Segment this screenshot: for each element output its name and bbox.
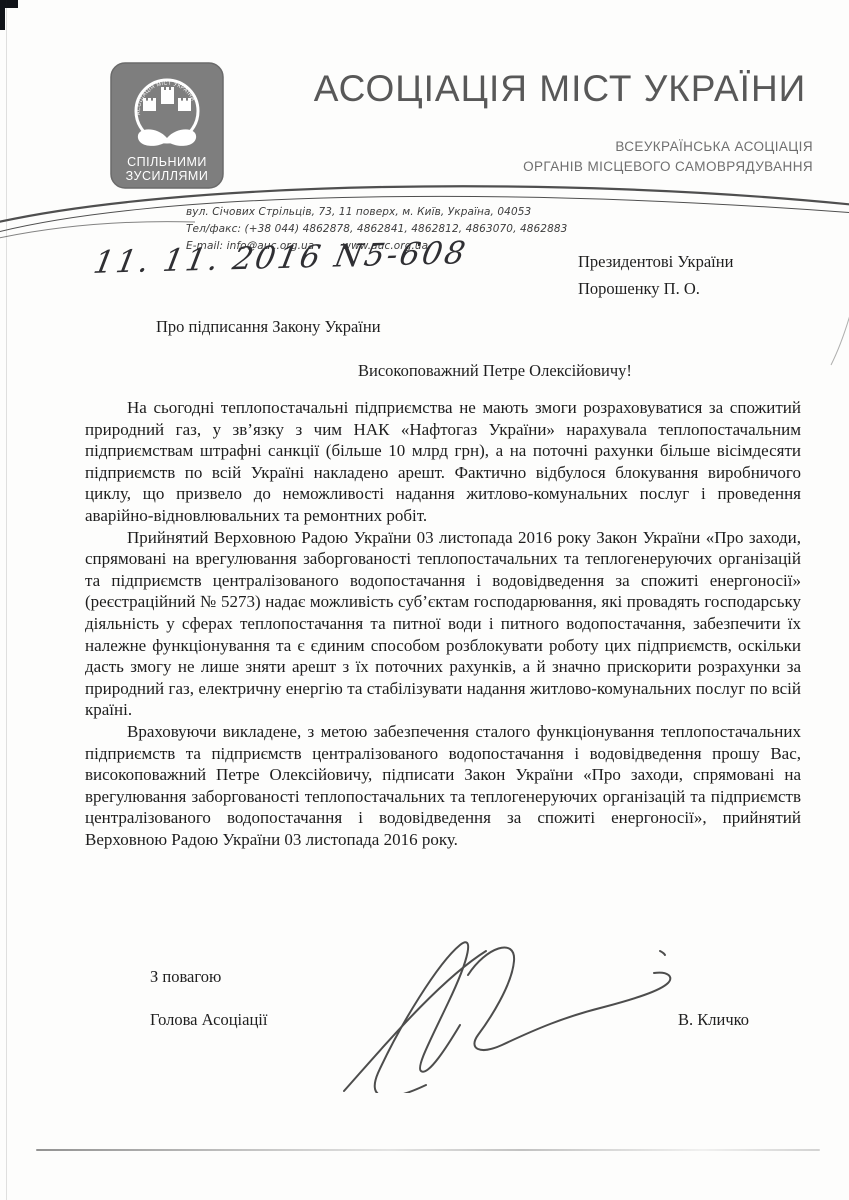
salutation: Високоповажний Петре Олексійовичу! (358, 361, 632, 381)
recipient-line1: Президентові України (578, 248, 733, 275)
recipient-block: Президентові України Порошенку П. О. (578, 248, 733, 302)
org-title: АСОЦІАЦІЯ МІСТ УКРАЇНИ (300, 68, 820, 110)
paragraph-2: Прийнятий Верховною Радою України 03 лис… (85, 527, 801, 721)
scan-edge-line (6, 0, 7, 1200)
org-subtitle: ВСЕУКРАЇНСЬКА АСОЦІАЦІЯ ОРГАНІВ МІСЦЕВОГ… (523, 137, 813, 176)
letter-body: На сьогодні теплопостачальні підприємств… (85, 397, 801, 850)
scanned-letter-page: АСОЦІАЦІЯ МІСТ УКРАЇНИ СПІЛЬНИМИ ЗУСИЛЛЯ… (0, 0, 849, 1200)
recipient-line2: Порошенку П. О. (578, 275, 733, 302)
contact-address: вул. Січових Стрільців, 73, 11 поверх, м… (186, 204, 567, 221)
paragraph-3: Враховуючи викладене, з метою забезпечен… (85, 721, 801, 851)
handwritten-signature (308, 933, 680, 1093)
subject-line: Про підписання Закону України (156, 317, 381, 337)
signer-title: Голова Асоціації (150, 1010, 267, 1030)
scan-bottom-line (36, 1149, 820, 1151)
org-subtitle-line1: ВСЕУКРАЇНСЬКА АСОЦІАЦІЯ (523, 137, 813, 157)
scan-corner-mark (0, 0, 5, 30)
handwritten-date-number: 11. 11. 2016 N5-608 (91, 235, 471, 281)
contact-phones: Тел/факс: (+38 044) 4862878, 4862841, 48… (186, 221, 567, 238)
signer-name: В. Кличко (678, 1010, 749, 1030)
paragraph-1: На сьогодні теплопостачальні підприємств… (85, 397, 801, 527)
logo-motto-line2: ЗУСИЛЛЯМИ (126, 169, 209, 183)
association-logo: АСОЦІАЦІЯ МІСТ УКРАЇНИ СПІЛЬНИМИ ЗУСИЛЛЯ… (110, 62, 224, 189)
closing-regards: З повагою (150, 967, 221, 987)
org-subtitle-line2: ОРГАНІВ МІСЦЕВОГО САМОВРЯДУВАННЯ (523, 157, 813, 177)
logo-motto-line1: СПІЛЬНИМИ (127, 155, 207, 169)
